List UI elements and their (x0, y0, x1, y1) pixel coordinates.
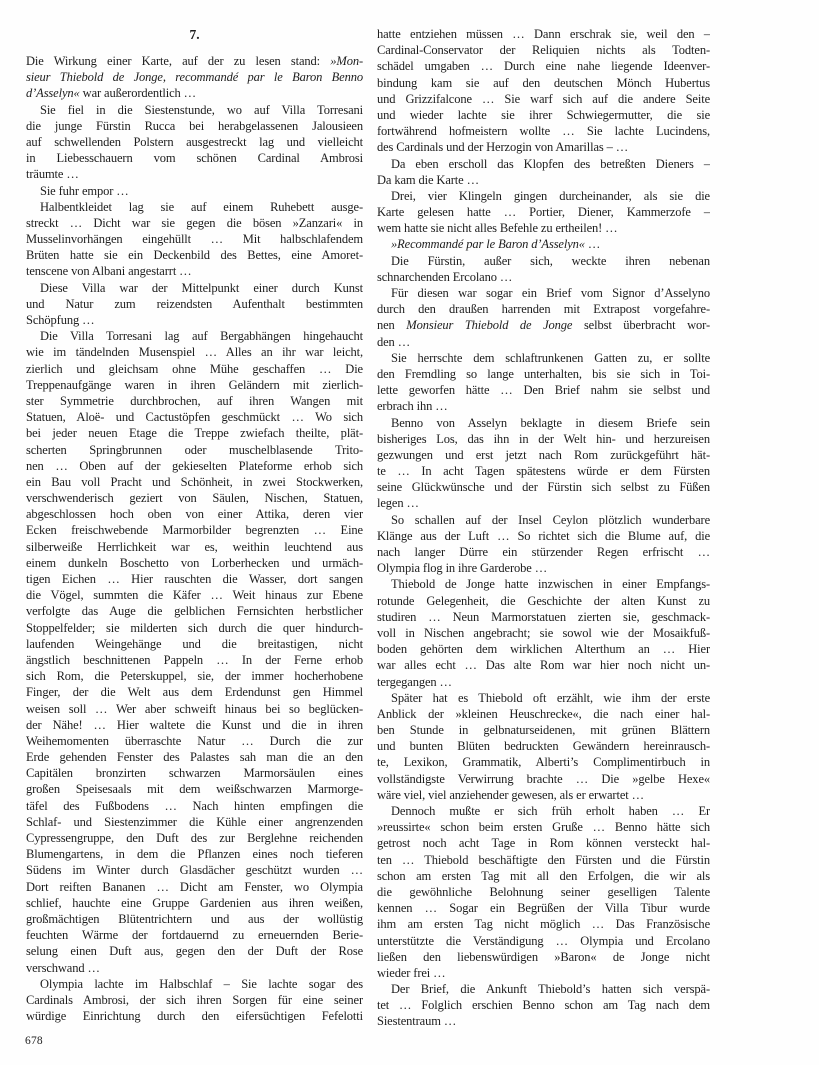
text-segment: Thiebold de Jonge hatte inzwischen in ei… (391, 577, 710, 591)
text-line: studiren … Neun Marmorstatuen zierten si… (377, 609, 710, 625)
text-segment: wieder frei … (377, 966, 446, 980)
text-line: Klänge aus der Luft … So richtet sich di… (377, 528, 710, 544)
text-segment: streckt … Dicht war sie gegen die bösen … (26, 216, 363, 230)
paragraph: Die Fürstin, außer sich, weckte ihren ne… (377, 253, 710, 285)
text-segment: wie im tändelnden Musenspiel … Alles an … (26, 345, 363, 359)
text-line: ihm am ersten Tag nicht möglich … Das Fr… (377, 916, 710, 932)
text-line: Sie herrschte dem schlaftrunkenen Gatten… (377, 350, 710, 366)
text-line: Schlaf- und Siestenzimmer die Kühle eine… (26, 814, 363, 830)
text-line: streckt … Dicht war sie gegen die bösen … (26, 215, 363, 231)
text-line: und Grizzifalcone … Sie warf sich auf di… (377, 91, 710, 107)
text-segment: rotunde Gelegenheit, die Geschichte der … (377, 594, 710, 608)
text-line: nen … Oben auf der gekieselten Plateform… (26, 458, 363, 474)
text-segment: ster Symmetrie durchbrochen, auf ihren W… (26, 394, 363, 408)
text-line: sieur Thiebold de Jonge, recommandé par … (26, 69, 363, 85)
text-segment: Cardinals Ambrosi, der sich ihren Sorgen… (26, 993, 363, 1007)
text-segment: Drei, vier Klingeln gingen durcheinander… (391, 189, 710, 203)
text-line: bindung kam sie auf den deutschen Mönch … (377, 75, 710, 91)
text-line: Für diesen war sogar ein Brief vom Signo… (377, 285, 710, 301)
text-line: Diese Villa war der Mittelpunkt einer du… (26, 280, 363, 296)
text-line: wem hatte sie nicht alles Befehle zu ert… (377, 220, 710, 236)
text-line: die Vögel, summten die Käfer … Weit hina… (26, 587, 363, 603)
text-segment: großen Speisesaals mit dem weißschwarzen… (26, 782, 363, 796)
text-line: Die Villa Torresani lag auf Bergabhängen… (26, 328, 363, 344)
text-segment: seine Glückwünsche und der Fürstin sich … (377, 480, 710, 494)
text-line: täfel des Fußbodens … Nach hinten empfin… (26, 798, 363, 814)
text-line: bisheriges Los, das ihn in der Welt hin-… (377, 431, 710, 447)
text-segment: die Vögel, summten die Käfer … Weit hina… (26, 588, 363, 602)
text-line: te, Lexikon, Grammatik, Alberti’s Compli… (377, 754, 710, 770)
text-line: Schöpfung … (26, 312, 363, 328)
text-line: Capitälen bronzirten schwarzen Marmorsäu… (26, 765, 363, 781)
text-segment: Klänge aus der Luft … So richtet sich di… (377, 529, 710, 543)
text-line: die gewöhnliche Belohnung seiner geselli… (377, 884, 710, 900)
text-segment: feuchten Wärme der fortdauernd zu erneue… (26, 928, 363, 942)
text-segment: scherten Springbrunnen oder muschelblase… (26, 443, 363, 457)
text-segment: schädel umgaben … Durch eine nahe liegen… (377, 59, 710, 73)
text-segment: Südens im Winter durch Glasdächer geschü… (26, 863, 363, 877)
text-segment: selung einen Duft aus, gegen den der Duf… (26, 944, 363, 958)
text-segment: schlief, hauchte eine Gruppe Gardenien a… (26, 896, 363, 910)
section-number: 7. (26, 27, 363, 43)
text-line: zierlich und gleichsam ohne Mühe geschaf… (26, 361, 363, 377)
text-line: lette geworfen hätte … Den Brief nahm si… (377, 382, 710, 398)
text-line: seine Glückwünsche und der Fürstin sich … (377, 479, 710, 495)
text-segment: die junge Fürstin Rucca bei herabgelasse… (26, 119, 363, 133)
text-line: Die Fürstin, außer sich, weckte ihren ne… (377, 253, 710, 269)
text-column-right: hatte entziehen müssen … Dann erschrak s… (377, 26, 710, 1030)
paragraph: Sie fuhr empor … (26, 183, 363, 199)
text-line: Sie fuhr empor … (26, 183, 363, 199)
text-segment: kennen … Sogar ein Begrüßen der Villa Ti… (377, 901, 710, 915)
text-segment: schnarchenden Ercolano … (377, 270, 512, 284)
text-line: vollständigste Verwirrung brachte … Die … (377, 771, 710, 787)
italic-text: »Recommandé par le Baron d’Asselyn« (391, 237, 585, 251)
paragraph: Olympia lachte im Halbschlaf – Sie lacht… (26, 976, 363, 1025)
text-segment: Für diesen war sogar ein Brief vom Signo… (391, 286, 710, 300)
paragraph: Thiebold de Jonge hatte inzwischen in ei… (377, 576, 710, 689)
text-line: ängstlich beschnittenen Pappeln … In der… (26, 652, 363, 668)
text-line: schnarchenden Ercolano … (377, 269, 710, 285)
text-segment: wem hatte sie nicht alles Befehle zu ert… (377, 221, 618, 235)
italic-text: »Mon- (330, 54, 363, 68)
text-line: der Nähe! … Hier waltete die Kunst und d… (26, 717, 363, 733)
text-line: den Fremdling so lange unterhalten, bis … (377, 366, 710, 382)
text-line: gezwungen und erst jetzt nach Rom zurück… (377, 447, 710, 463)
text-segment: laufenden Weingehänge und die breitastig… (26, 637, 363, 651)
text-segment: wäre viel, viel anziehender gewesen, als… (377, 788, 644, 802)
text-line: einem dunkeln Boschetto von Lorberhecken… (26, 555, 363, 571)
text-line: d’Asselyn« war außerordentlich … (26, 85, 363, 101)
text-line: ten … Thiebold beschäftigte den Fürsten … (377, 852, 710, 868)
text-segment: Stoppelfelder; sie milderten sich durch … (26, 621, 363, 635)
text-segment: gezwungen und erst jetzt nach Rom zurück… (377, 448, 710, 462)
paragraph: Später hat es Thiebold oft erzählt, wie … (377, 690, 710, 803)
text-segment: und Grizzifalcone … Sie warf sich auf di… (377, 92, 710, 106)
text-segment: verfolgte das Auge die gelblichen Fernsi… (26, 604, 363, 618)
text-segment: Olympia flog in ihre Garderobe … (377, 561, 547, 575)
text-segment: Diese Villa war der Mittelpunkt einer du… (40, 281, 363, 295)
text-line: Der Brief, die Ankunft Thiebold’s hatten… (377, 981, 710, 997)
text-line: »Recommandé par le Baron d’Asselyn« … (377, 236, 710, 252)
text-segment: Schöpfung … (26, 313, 94, 327)
text-segment: Musselinvorhängen eingehüllt … Mit halbs… (26, 232, 363, 246)
text-segment: hatte entziehen müssen … Dann erschrak s… (377, 27, 710, 41)
text-line: Später hat es Thiebold oft erzählt, wie … (377, 690, 710, 706)
text-segment: des Cardinals und der Herzogin von Amari… (377, 140, 628, 154)
text-segment: Sie fuhr empor … (40, 184, 129, 198)
book-page: 7. Die Wirkung einer Karte, auf der zu l… (0, 0, 819, 1065)
text-segment: ließen den liebenswürdigen »Baron« de Jo… (377, 950, 710, 964)
text-segment: Finger, der die Welt aus dem Erdendunst … (26, 685, 363, 699)
text-line: kennen … Sogar ein Begrüßen der Villa Ti… (377, 900, 710, 916)
text-segment: So schallen auf der Insel Ceylon plötzli… (391, 513, 710, 527)
paragraph: Dennoch mußte er sich früh erholt haben … (377, 803, 710, 981)
text-line: Siestentraum … (377, 1013, 710, 1029)
text-line: großmächtigen Blütentrichtern und aus de… (26, 911, 363, 927)
text-line: träumte … (26, 166, 363, 182)
text-segment: selbst überbracht wor- (572, 318, 710, 332)
text-line: abgeschlossen hoch oben von einer Attika… (26, 506, 363, 522)
text-segment: bindung kam sie auf den deutschen Mönch … (377, 76, 710, 90)
text-line: Stoppelfelder; sie milderten sich durch … (26, 620, 363, 636)
text-line: ließen den liebenswürdigen »Baron« de Jo… (377, 949, 710, 965)
text-line: »reussirte« schon beim ersten Gruße … Be… (377, 819, 710, 835)
text-line: durch den draußen harrenden mit Extrapos… (377, 301, 710, 317)
text-line: So schallen auf der Insel Ceylon plötzli… (377, 512, 710, 528)
text-segment: Dennoch mußte er sich früh erholt haben … (391, 804, 710, 818)
text-segment: fortwährend hofmeistern wollte … Sie lac… (377, 124, 710, 138)
paragraph: hatte entziehen müssen … Dann erschrak s… (377, 26, 710, 156)
text-column-left: Die Wirkung einer Karte, auf der zu lese… (26, 53, 363, 1024)
text-line: Weihemomenten überraschte Natur … Durch … (26, 733, 363, 749)
text-segment: Ecken freischwebende Marmorbilder begren… (26, 523, 363, 537)
text-line: laufenden Weingehänge und die breitastig… (26, 636, 363, 652)
paragraph: Da eben erscholl das Klopfen des betreßt… (377, 156, 710, 172)
paragraph: Benno von Asselyn beklagte in diesem Bri… (377, 415, 710, 512)
text-segment: getrost noch acht Tage in Rom können ver… (377, 836, 710, 850)
text-segment: täfel des Fußbodens … Nach hinten empfin… (26, 799, 363, 813)
text-segment: Die Fürstin, außer sich, weckte ihren ne… (391, 254, 710, 268)
text-line: tigen Eichen … Hier rauschten die Wasser… (26, 571, 363, 587)
text-segment: und Natur zum reizendsten Aufenthalt bes… (26, 297, 363, 311)
text-line: legen … (377, 495, 710, 511)
text-segment: und bunten Blüten bedruckten Gewändern h… (377, 739, 710, 753)
text-segment: Später hat es Thiebold oft erzählt, wie … (391, 691, 710, 705)
paragraph: Sie fiel in die Siestenstunde, wo auf Vi… (26, 102, 363, 183)
text-segment: Schlaf- und Siestenzimmer die Kühle eine… (26, 815, 363, 829)
paragraph: Für diesen war sogar ein Brief vom Signo… (377, 285, 710, 350)
text-segment: nen (377, 318, 406, 332)
text-line: voll in Nischen angebracht; sie sowol wi… (377, 625, 710, 641)
text-line: Cardinal-Conservator der Reliquien nicht… (377, 42, 710, 58)
text-segment: te, Lexikon, Grammatik, Alberti’s Compli… (377, 755, 710, 769)
text-line: Olympia lachte im Halbschlaf – Sie lacht… (26, 976, 363, 992)
paragraph: Halbentkleidet lag sie auf einem Ruhebet… (26, 199, 363, 280)
text-segment: Capitälen bronzirten schwarzen Marmorsäu… (26, 766, 363, 780)
text-line: in Liebesschauern vom schönen Cardinal A… (26, 150, 363, 166)
text-line: Brüten hatte sie ein Deckenbild des Bett… (26, 247, 363, 263)
text-segment: Erde gehenden Fenster des Palastes sah m… (26, 750, 363, 764)
text-line: rotunde Gelegenheit, die Geschichte der … (377, 593, 710, 609)
text-line: Drei, vier Klingeln gingen durcheinander… (377, 188, 710, 204)
text-segment: Benno von Asselyn beklagte in diesem Bri… (391, 416, 710, 430)
text-line: Treppenaufgänge waren in ihren Geländern… (26, 377, 363, 393)
text-segment: verschwenderisch geziert von Säulen, Nis… (26, 491, 363, 505)
text-segment: würdige Einrichtung durch den eifersücht… (26, 1009, 363, 1023)
text-segment: in Liebesschauern vom schönen Cardinal A… (26, 151, 363, 165)
paragraph: So schallen auf der Insel Ceylon plötzli… (377, 512, 710, 577)
paragraph: Sie herrschte dem schlaftrunkenen Gatten… (377, 350, 710, 415)
text-line: wieder frei … (377, 965, 710, 981)
text-line: Cypressengruppe, den Duft des zur Bergle… (26, 830, 363, 846)
text-segment: tenscene von Albani angestarrt … (26, 264, 192, 278)
text-segment: Statuen, Aloë- und Cactustöpfen geschmüc… (26, 410, 363, 424)
text-line: Da eben erscholl das Klopfen des betreßt… (377, 156, 710, 172)
text-segment: die gewöhnliche Belohnung seiner geselli… (377, 885, 710, 899)
text-segment: sich Rom, die Peterskuppel, sie, der imm… (26, 669, 363, 683)
text-segment: ein Bau voll Pracht und Schönheit, in zw… (26, 475, 363, 489)
text-line: tenscene von Albani angestarrt … (26, 263, 363, 279)
text-segment: silberweiße Herrlichkeit war es, weithin… (26, 540, 363, 554)
text-segment: legen … (377, 496, 419, 510)
text-segment: der Nähe! … Hier waltete die Kunst und d… (26, 718, 363, 732)
text-segment: tigen Eichen … Hier rauschten die Wasser… (26, 572, 363, 586)
paragraph: Drei, vier Klingeln gingen durcheinander… (377, 188, 710, 237)
text-line: Südens im Winter durch Glasdächer geschü… (26, 862, 363, 878)
text-segment: auf schwellenden Polstern ausgestreckt l… (26, 135, 363, 149)
text-line: scherten Springbrunnen oder muschelblase… (26, 442, 363, 458)
text-line: Dort reiften Bananen … Dicht am Fenster,… (26, 879, 363, 895)
text-line: weisen soll … Wer aber schweift hinaus b… (26, 701, 363, 717)
text-line: Halbentkleidet lag sie auf einem Ruhebet… (26, 199, 363, 215)
text-segment: Weihemomenten überraschte Natur … Durch … (26, 734, 363, 748)
text-segment: Karte gelesen hatte … Portier, Diener, K… (377, 205, 710, 219)
text-line: großen Speisesaals mit dem weißschwarzen… (26, 781, 363, 797)
text-segment: war alles echt … Das alte Rom war hier n… (377, 658, 710, 672)
text-segment: den Fremdling so lange unterhalten, bis … (377, 367, 710, 381)
text-line: Dennoch mußte er sich früh erholt haben … (377, 803, 710, 819)
text-segment: nen … Oben auf der gekieselten Plateform… (26, 459, 363, 473)
text-line: wie im tändelnden Musenspiel … Alles an … (26, 344, 363, 360)
text-segment: träumte … (26, 167, 79, 181)
text-segment: boden gehörten dem wirklichen Alterthum … (377, 642, 710, 656)
text-line: würdige Einrichtung durch den eifersücht… (26, 1008, 363, 1024)
text-line: war alles echt … Das alte Rom war hier n… (377, 657, 710, 673)
text-segment: lette geworfen hätte … Den Brief nahm si… (377, 383, 710, 397)
text-segment: Sie herrschte dem schlaftrunkenen Gatten… (391, 351, 710, 365)
text-line: silberweiße Herrlichkeit war es, weithin… (26, 539, 363, 555)
text-line: Ecken freischwebende Marmorbilder begren… (26, 522, 363, 538)
text-line: tergegangen … (377, 674, 710, 690)
text-line: Benno von Asselyn beklagte in diesem Bri… (377, 415, 710, 431)
text-segment: Da eben erscholl das Klopfen des betreßt… (391, 157, 710, 171)
text-line: verschwand … (26, 960, 363, 976)
text-segment: vollständigste Verwirrung brachte … Die … (377, 772, 710, 786)
paragraph: Die Wirkung einer Karte, auf der zu lese… (26, 53, 363, 102)
text-segment: durch den draußen harrenden mit Extrapos… (377, 302, 710, 316)
text-segment: einem dunkeln Boschetto von Lorberhecken… (26, 556, 363, 570)
text-segment: Halbentkleidet lag sie auf einem Ruhebet… (40, 200, 363, 214)
text-line: Da kam die Karte … (377, 172, 710, 188)
text-segment: studiren … Neun Marmorstatuen zierten si… (377, 610, 710, 624)
text-segment: ten … Thiebold beschäftigte den Fürsten … (377, 853, 710, 867)
text-segment: Der Brief, die Ankunft Thiebold’s hatten… (391, 982, 710, 996)
text-segment: Siestentraum … (377, 1014, 456, 1028)
text-line: feuchten Wärme der fortdauernd zu erneue… (26, 927, 363, 943)
paragraph: Der Brief, die Ankunft Thiebold’s hatten… (377, 981, 710, 1030)
text-segment: Treppenaufgänge waren in ihren Geländern… (26, 378, 363, 392)
text-segment: Olympia lachte im Halbschlaf – Sie lacht… (40, 977, 363, 991)
text-line: Anblick der »kleinen Heuschrecke«, die n… (377, 706, 710, 722)
text-segment: Sie fiel in die Siestenstunde, wo auf Vi… (40, 103, 363, 117)
text-line: tet … Folglich erschien Benno schon am T… (377, 997, 710, 1013)
text-line: verschwenderisch geziert von Säulen, Nis… (26, 490, 363, 506)
text-line: des Cardinals und der Herzogin von Amari… (377, 139, 710, 155)
text-line: Finger, der die Welt aus dem Erdendunst … (26, 684, 363, 700)
text-line: sich Rom, die Peterskuppel, sie, der imm… (26, 668, 363, 684)
text-line: te … In acht Tagen spätestens würde er d… (377, 463, 710, 479)
text-segment: ängstlich beschnittenen Pappeln … In der… (26, 653, 363, 667)
text-line: getrost noch acht Tage in Rom können ver… (377, 835, 710, 851)
text-line: hatte entziehen müssen … Dann erschrak s… (377, 26, 710, 42)
text-line: Olympia flog in ihre Garderobe … (377, 560, 710, 576)
text-segment: weisen soll … Wer aber schweift hinaus b… (26, 702, 363, 716)
paragraph: Da kam die Karte … (377, 172, 710, 188)
text-line: wäre viel, viel anziehender gewesen, als… (377, 787, 710, 803)
text-segment: … (585, 237, 600, 251)
italic-text: d’Asselyn« (26, 86, 80, 100)
italic-text: Monsieur Thiebold de Jonge (406, 318, 572, 332)
paragraph: Diese Villa war der Mittelpunkt einer du… (26, 280, 363, 329)
text-segment: Cardinal-Conservator der Reliquien nicht… (377, 43, 710, 57)
text-line: Thiebold de Jonge hatte inzwischen in ei… (377, 576, 710, 592)
text-line: und Natur zum reizendsten Aufenthalt bes… (26, 296, 363, 312)
text-line: schon am ersten Tag mit all den Erfolgen… (377, 868, 710, 884)
text-line: nach langer Dürre ein stürzender Regen e… (377, 544, 710, 560)
text-segment: großmächtigen Blütentrichtern und aus de… (26, 912, 363, 926)
text-line: auf schwellenden Polstern ausgestreckt l… (26, 134, 363, 150)
text-line: schädel umgaben … Durch eine nahe liegen… (377, 58, 710, 74)
text-segment: zierlich und gleichsam ohne Mühe geschaf… (26, 362, 363, 376)
text-segment: te … In acht Tagen spätestens würde er d… (377, 464, 710, 478)
text-line: Statuen, Aloë- und Cactustöpfen geschmüc… (26, 409, 363, 425)
text-line: schlief, hauchte eine Gruppe Gardenien a… (26, 895, 363, 911)
text-segment: den … (377, 335, 410, 349)
text-line: Die Wirkung einer Karte, auf der zu lese… (26, 53, 363, 69)
text-segment: Da kam die Karte … (377, 173, 479, 187)
text-segment: erbrach ihn … (377, 399, 448, 413)
text-segment: abgeschlossen hoch oben von einer Attika… (26, 507, 363, 521)
text-segment: Blumengartens, in dem die Pflanzen eines… (26, 847, 363, 861)
text-segment: Dort reiften Bananen … Dicht am Fenster,… (26, 880, 363, 894)
text-line: selung einen Duft aus, gegen den der Duf… (26, 943, 363, 959)
text-segment: schon am ersten Tag mit all den Erfolgen… (377, 869, 710, 883)
paragraph: Die Villa Torresani lag auf Bergabhängen… (26, 328, 363, 976)
text-segment: verschwand … (26, 961, 100, 975)
text-line: unterstützte die Verständigung … Olympia… (377, 933, 710, 949)
text-segment: und wieder lachte sie ihrer Schwiegermut… (377, 108, 710, 122)
text-segment: unterstützte die Verständigung … Olympia… (377, 934, 710, 948)
text-line: ein Bau voll Pracht und Schönheit, in zw… (26, 474, 363, 490)
text-line: nen Monsieur Thiebold de Jonge selbst üb… (377, 317, 710, 333)
text-segment: Anblick der »kleinen Heuschrecke«, die n… (377, 707, 710, 721)
text-line: bei jeder neuen Etage die Treppe zwiefac… (26, 425, 363, 441)
text-line: und bunten Blüten bedruckten Gewändern h… (377, 738, 710, 754)
text-line: Karte gelesen hatte … Portier, Diener, K… (377, 204, 710, 220)
page-number: 678 (25, 1035, 43, 1047)
text-segment: war außerordentlich … (80, 86, 196, 100)
text-segment: ben Stunde in gelbnaturseidenen, mit grü… (377, 723, 710, 737)
text-line: boden gehörten dem wirklichen Alterthum … (377, 641, 710, 657)
text-segment: Brüten hatte sie ein Deckenbild des Bett… (26, 248, 363, 262)
text-segment: nach langer Dürre ein stürzender Regen e… (377, 545, 710, 559)
text-segment: »reussirte« schon beim ersten Gruße … Be… (377, 820, 710, 834)
text-segment: bisheriges Los, das ihn in der Welt hin-… (377, 432, 710, 446)
paragraph: »Recommandé par le Baron d’Asselyn« … (377, 236, 710, 252)
text-line: ster Symmetrie durchbrochen, auf ihren W… (26, 393, 363, 409)
text-line: Cardinals Ambrosi, der sich ihren Sorgen… (26, 992, 363, 1008)
text-line: die junge Fürstin Rucca bei herabgelasse… (26, 118, 363, 134)
text-segment: Die Wirkung einer Karte, auf der zu lese… (26, 54, 330, 68)
text-segment: bei jeder neuen Etage die Treppe zwiefac… (26, 426, 363, 440)
text-line: fortwährend hofmeistern wollte … Sie lac… (377, 123, 710, 139)
text-line: und wieder lachte sie ihrer Schwiegermut… (377, 107, 710, 123)
text-line: Sie fiel in die Siestenstunde, wo auf Vi… (26, 102, 363, 118)
text-segment: tet … Folglich erschien Benno schon am T… (377, 998, 710, 1012)
text-line: Musselinvorhängen eingehüllt … Mit halbs… (26, 231, 363, 247)
text-line: den … (377, 334, 710, 350)
text-line: Blumengartens, in dem die Pflanzen eines… (26, 846, 363, 862)
italic-text: sieur Thiebold de Jonge, recommandé par … (26, 70, 363, 84)
text-line: verfolgte das Auge die gelblichen Fernsi… (26, 603, 363, 619)
text-segment: Die Villa Torresani lag auf Bergabhängen… (40, 329, 363, 343)
text-line: Erde gehenden Fenster des Palastes sah m… (26, 749, 363, 765)
text-segment: Cypressengruppe, den Duft des zur Bergle… (26, 831, 363, 845)
text-segment: tergegangen … (377, 675, 452, 689)
text-line: erbrach ihn … (377, 398, 710, 414)
text-line: ben Stunde in gelbnaturseidenen, mit grü… (377, 722, 710, 738)
text-segment: ihm am ersten Tag nicht möglich … Das Fr… (377, 917, 710, 931)
text-segment: voll in Nischen angebracht; sie sowol wi… (377, 626, 710, 640)
